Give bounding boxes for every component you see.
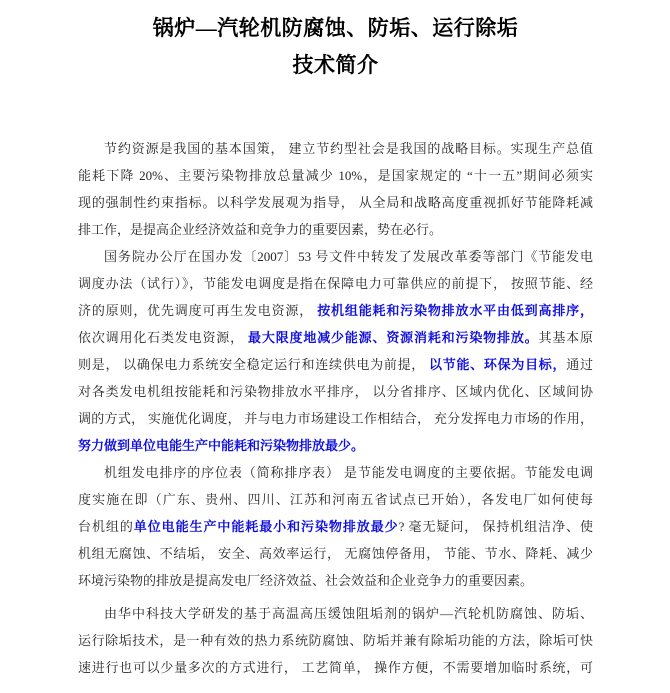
text-line: 努力做到单位电能生产中能耗和污染物排放最少。 — [78, 432, 593, 459]
document-title-line1: 锅炉—汽轮机防腐蚀、防垢、运行除垢 — [153, 16, 519, 40]
text-line: 机组发电排序的序位表（简称排序表） 是节能发电调度的主要依据。节能发电调 — [78, 459, 593, 486]
paragraph: 由华中科技大学研发的基于高温高压缓蚀阻垢剂的锅炉—汽轮机防腐蚀、防垢、运行除垢技… — [78, 600, 593, 681]
body-text: 速进行也可以少量多次的方式进行， 工艺简单， 操作方便，不需要增加临时系统，可 — [78, 660, 593, 675]
text-line: 由华中科技大学研发的基于高温高压缓蚀阻垢剂的锅炉—汽轮机防腐蚀、防垢、 — [78, 600, 593, 627]
document-title: 锅炉—汽轮机防腐蚀、防垢、运行除垢 技术简介 — [78, 10, 593, 84]
text-line: 国务院办公厅在国办发〔2007〕53 号文件中转发了发展改革委等部门《节能发电 — [78, 243, 593, 270]
document-title-line2: 技术简介 — [293, 53, 379, 77]
highlighted-text: 最大限度地减少能源、资源消耗和污染物排放。 — [248, 330, 538, 345]
body-text: 由华中科技大学研发的基于高温高压缓蚀阻垢剂的锅炉—汽轮机防腐蚀、防垢、 — [104, 606, 593, 621]
document-page: 锅炉—汽轮机防腐蚀、防垢、运行除垢 技术简介 节约资源是我国的基本国策， 建立节… — [0, 0, 670, 693]
highlighted-text: 单位电能生产中能耗最小和污染物排放最少 — [134, 519, 399, 534]
body-text: ? 毫无疑问， 保持机组洁净、使 — [399, 519, 593, 534]
body-text: 调度办法（试行）》，节能发电调度是指在保障电力可靠供应的前提下， 按照节能、经 — [78, 276, 593, 291]
text-line: 节约资源是我国的基本国策， 建立节约型社会是我国的战略目标。实现生产总值 — [78, 135, 593, 162]
text-line: 速进行也可以少量多次的方式进行， 工艺简单， 操作方便，不需要增加临时系统，可 — [78, 654, 593, 681]
paragraph: 国务院办公厅在国办发〔2007〕53 号文件中转发了发展改革委等部门《节能发电调… — [78, 243, 593, 459]
body-text: 依次调用化石类发电资源， — [78, 330, 248, 345]
text-line: 现的强制性约束指标。以科学发展观为指导， 从全局和战略高度重视抓好节能降耗减 — [78, 189, 593, 216]
body-text: 运行除垢技术，是一种有效的热力系统防腐蚀、防垢并兼有除垢功能的方法，除垢可快 — [78, 633, 593, 648]
text-line: 依次调用化石类发电资源， 最大限度地减少能源、资源消耗和污染物排放。其基本原 — [78, 324, 593, 351]
paragraph: 机组发电排序的序位表（简称排序表） 是节能发电调度的主要依据。节能发电调度实施在… — [78, 459, 593, 594]
text-line: 排工作，是提高企业经济效益和竞争力的重要因素，势在必行。 — [78, 216, 593, 243]
text-line: 调的方式， 实施优化调度， 并与电力市场建设工作相结合， 充分发挥电力市场的作用… — [78, 405, 593, 432]
text-line: 济的原则，优先调度可再生发电资源， 按机组能耗和污染物排放水平由低到高排序， — [78, 297, 593, 324]
body-text: 对各类发电机组按能耗和污染物排放水平排序， 以分省排序、区域内优化、区域间协 — [78, 384, 593, 399]
text-line: 机组无腐蚀、不结垢， 安全、高效率运行， 无腐蚀停备用， 节能、节水、降耗、减少 — [78, 540, 593, 567]
body-text: 排工作，是提高企业经济效益和竞争力的重要因素，势在必行。 — [78, 222, 442, 237]
text-line: 对各类发电机组按能耗和污染物排放水平排序， 以分省排序、区域内优化、区域间协 — [78, 378, 593, 405]
paragraph: 节约资源是我国的基本国策， 建立节约型社会是我国的战略目标。实现生产总值能耗下降… — [78, 135, 593, 243]
body-text: 能耗下降 20%、主要污染物排放总量减少 10%，是国家规定的 “十一五”期间必… — [78, 168, 593, 183]
text-line: 台机组的单位电能生产中能耗最小和污染物排放最少? 毫无疑问， 保持机组洁净、使 — [78, 513, 593, 540]
highlighted-text: 以节能、环保为目标， — [429, 357, 566, 372]
body-text: 度实施在即（广东、贵州、四川、江苏和河南五省试点已开始），各发电厂如何使每 — [78, 492, 593, 507]
highlighted-text: 按机组能耗和污染物排放水平由低到高排序， — [317, 303, 593, 318]
body-text: 国务院办公厅在国办发〔2007〕53 号文件中转发了发展改革委等部门《节能发电 — [104, 249, 593, 264]
body-text: 节约资源是我国的基本国策， 建立节约型社会是我国的战略目标。实现生产总值 — [104, 141, 593, 156]
text-line: 调度办法（试行）》，节能发电调度是指在保障电力可靠供应的前提下， 按照节能、经 — [78, 270, 593, 297]
body-text: 机组发电排序的序位表（简称排序表） 是节能发电调度的主要依据。节能发电调 — [104, 465, 593, 480]
body-text: 环境污染物的排放是提高发电厂经济效益、社会效益和企业竞争力的重要因素。 — [78, 573, 533, 588]
body-text: 则是， 以确保电力系统安全稳定运行和连续供电为前提， — [78, 357, 429, 372]
text-line: 环境污染物的排放是提高发电厂经济效益、社会效益和企业竞争力的重要因素。 — [78, 567, 593, 594]
highlighted-text: 努力做到单位电能生产中能耗和污染物排放最少。 — [78, 438, 364, 453]
body-text: 现的强制性约束指标。以科学发展观为指导， 从全局和战略高度重视抓好节能降耗减 — [78, 195, 593, 210]
body-text: 济的原则，优先调度可再生发电资源， — [78, 303, 317, 318]
text-line: 运行除垢技术，是一种有效的热力系统防腐蚀、防垢并兼有除垢功能的方法，除垢可快 — [78, 627, 593, 654]
body-text: 机组无腐蚀、不结垢， 安全、高效率运行， 无腐蚀停备用， 节能、节水、降耗、减少 — [78, 546, 593, 561]
body-text: 调的方式， 实施优化调度， 并与电力市场建设工作相结合， 充分发挥电力市场的作用… — [78, 411, 593, 426]
body-text: 其基本原 — [538, 330, 593, 345]
text-line: 度实施在即（广东、贵州、四川、江苏和河南五省试点已开始），各发电厂如何使每 — [78, 486, 593, 513]
text-line: 能耗下降 20%、主要污染物排放总量减少 10%，是国家规定的 “十一五”期间必… — [78, 162, 593, 189]
document-body: 节约资源是我国的基本国策， 建立节约型社会是我国的战略目标。实现生产总值能耗下降… — [78, 135, 593, 681]
body-text: 台机组的 — [78, 519, 134, 534]
text-line: 则是， 以确保电力系统安全稳定运行和连续供电为前提， 以节能、环保为目标，通过 — [78, 351, 593, 378]
body-text: 通过 — [566, 357, 593, 372]
